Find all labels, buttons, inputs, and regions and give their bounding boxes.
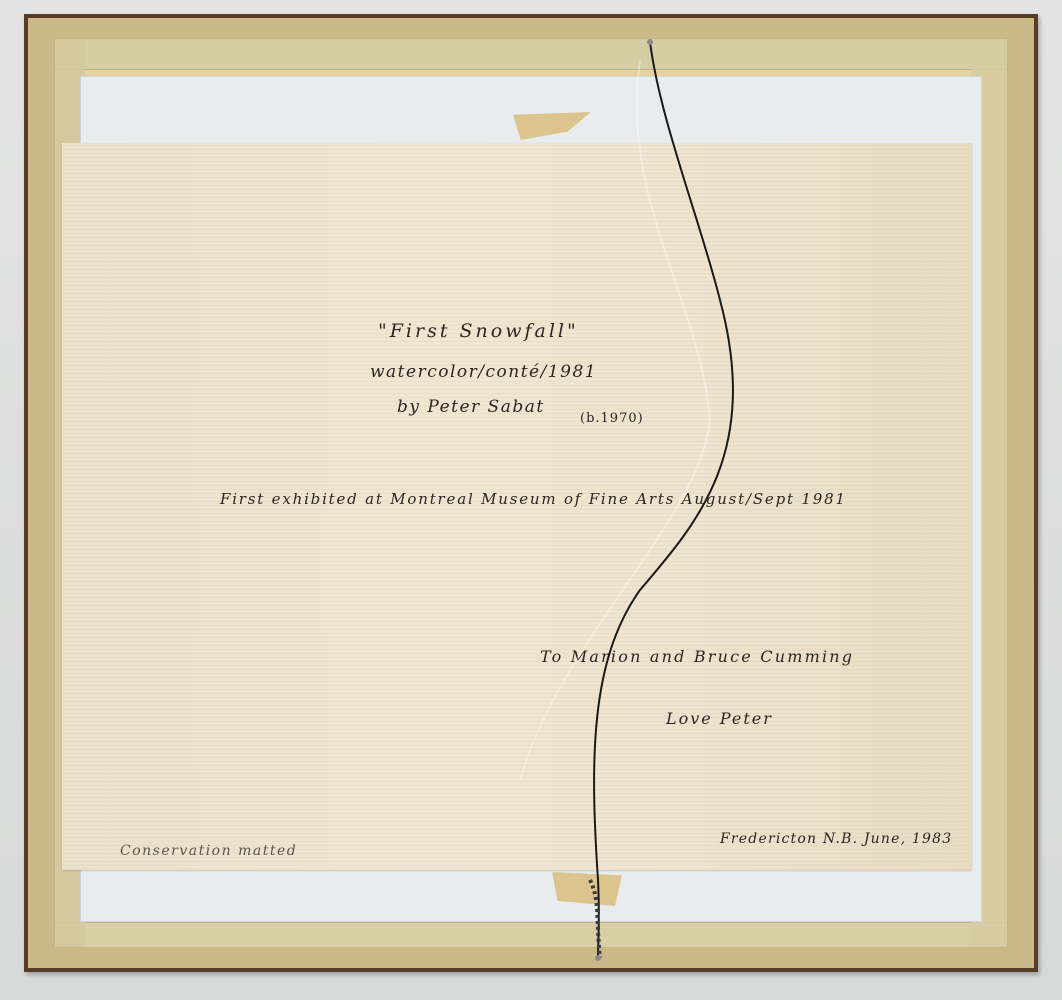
artwork-title: "First Snowfall" <box>378 320 579 342</box>
tape-strip-bottom <box>55 922 1007 947</box>
artwork-medium: watercolor/conté/1981 <box>370 362 597 382</box>
artwork-verso-paper: "First Snowfall" watercolor/conté/1981 b… <box>62 143 972 870</box>
artist-birth-year: (b.1970) <box>580 411 644 426</box>
exhibition-note: First exhibited at Montreal Museum of Fi… <box>220 490 847 508</box>
dedication: To Marion and Bruce Cumming <box>540 647 854 666</box>
tape-strip-top <box>55 39 1007 70</box>
place-and-date: Fredericton N.B. June, 1983 <box>720 831 952 847</box>
artist-byline: by Peter Sabat <box>397 397 545 417</box>
hinge-tape-bottom <box>552 872 622 906</box>
signoff: Love Peter <box>666 709 773 728</box>
conservation-note: Conservation matted <box>120 843 297 859</box>
